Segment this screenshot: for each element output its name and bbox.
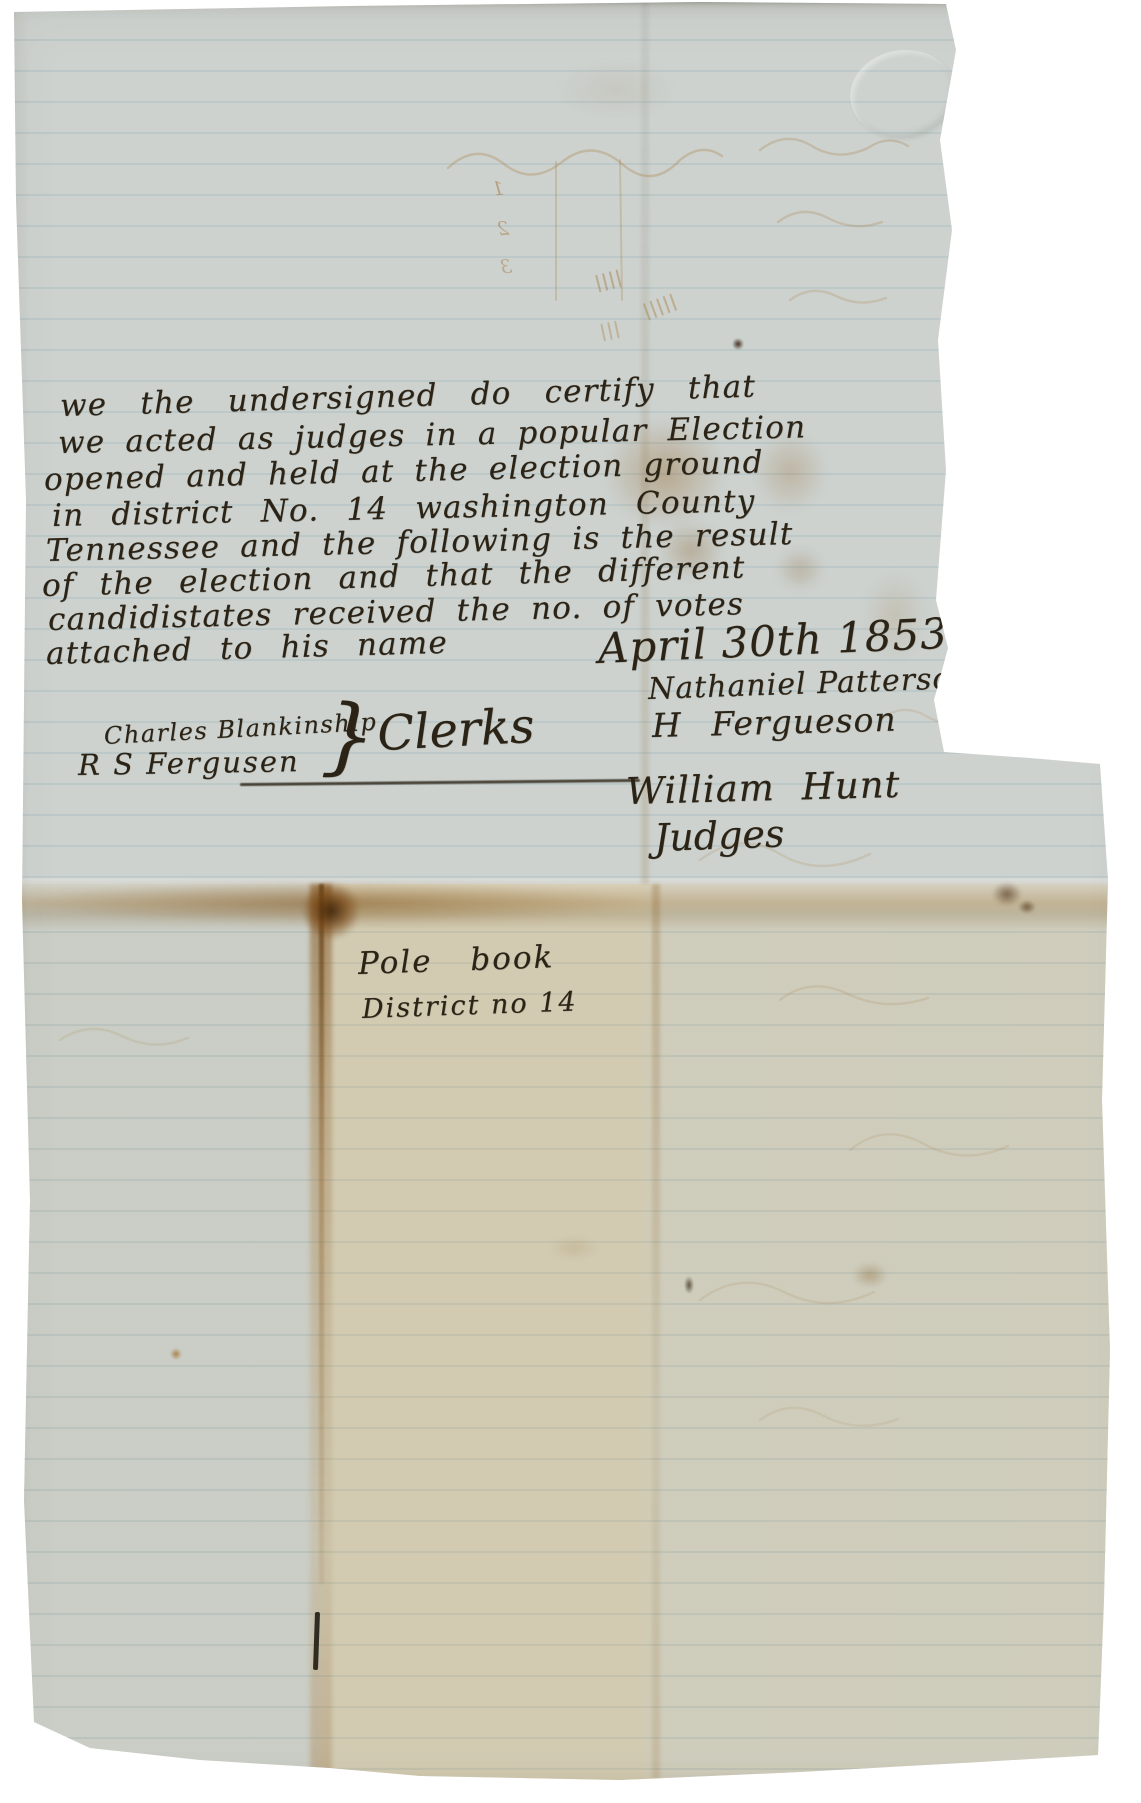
paper-sheet: 1 2 3 we the undersigned do certify that… xyxy=(0,0,1141,1803)
document-scan: 1 2 3 we the undersigned do certify that… xyxy=(0,0,1141,1803)
paper-edge-shading xyxy=(0,0,1141,1803)
